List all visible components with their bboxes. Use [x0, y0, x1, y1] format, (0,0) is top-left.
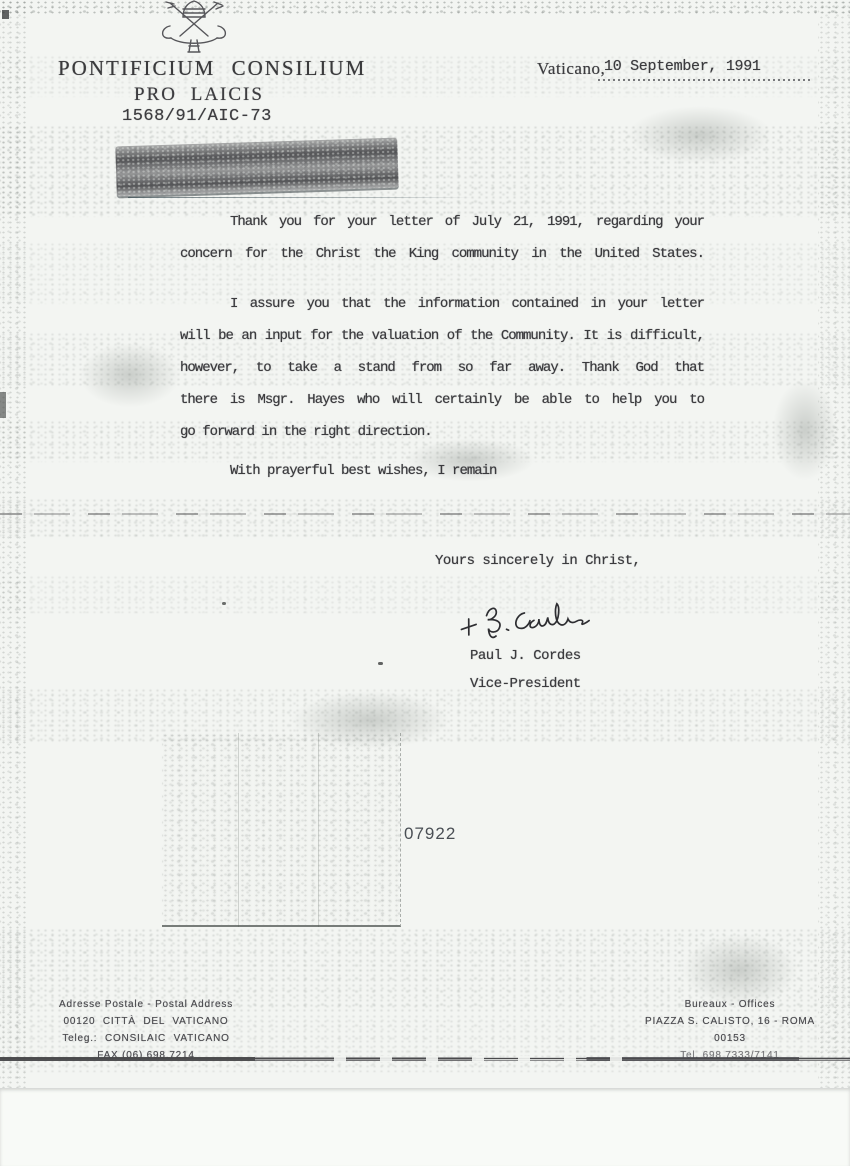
- stamp-noise-top: [162, 733, 400, 925]
- valediction: Yours sincerely in Christ,: [435, 553, 640, 569]
- scan-blotch: [600, 95, 800, 175]
- body-line: there is Msgr. Hayes who will certainly …: [180, 392, 704, 414]
- scan-blotch: [60, 330, 200, 420]
- scan-noise-band: [0, 688, 850, 744]
- footer-line: FAX (06) 698.7214: [38, 1047, 254, 1064]
- dateline-dotted-rule: [598, 79, 810, 81]
- scan-noise-band: [0, 0, 850, 14]
- footer-line: 00120 CITTÀ DEL VATICANO: [38, 1013, 254, 1030]
- stamp-number: 07922: [404, 824, 456, 844]
- scan-speck: [378, 662, 383, 665]
- body-line: go forward in the right direction.: [180, 424, 704, 446]
- body-line: concern for the Christ the King communit…: [180, 246, 704, 268]
- footer-offices-address: Bureaux - Offices PIAZZA S. CALISTO, 16 …: [625, 996, 835, 1064]
- organization-name: PONTIFICIUM CONSILIUM: [58, 56, 366, 81]
- body-line: Thank you for your letter of July 21, 19…: [180, 214, 704, 236]
- footer-line: Tel. 698 7333/7141: [625, 1047, 835, 1064]
- footer-rule-gaps: [300, 1056, 630, 1062]
- vatican-tiara-crossed-keys-emblem: [150, 0, 238, 54]
- scan-noise-band: [0, 0, 26, 1090]
- department-name: PRO LAICIS: [134, 84, 264, 106]
- scan-noise-band: [0, 498, 850, 538]
- scan-blotch: [760, 360, 850, 500]
- dateline-date: 10 September, 1991: [604, 58, 761, 75]
- faded-stamp-box: [162, 733, 401, 927]
- scan-speck: [0, 392, 6, 418]
- handwritten-signature: [453, 592, 596, 650]
- reference-number: 1568/91/AIC-73: [122, 107, 272, 126]
- scanned-letter-page: PONTIFICIUM CONSILIUM PRO LAICIS 1568/91…: [0, 0, 850, 1166]
- scan-speck: [222, 602, 226, 605]
- footer-line: PIAZZA S. CALISTO, 16 - ROMA: [625, 1013, 835, 1030]
- scanner-bed-strip: [0, 1088, 850, 1166]
- paper-crease-line: [0, 513, 850, 515]
- body-line: will be an input for the valuation of th…: [180, 328, 704, 350]
- body-line: however, to take a stand from so far awa…: [180, 360, 704, 382]
- dateline-place: Vaticano,: [537, 59, 605, 79]
- scan-noise-band: [0, 575, 850, 613]
- footer-line: Teleg.: CONSILAIC VATICANO: [38, 1030, 254, 1047]
- redaction-edge-line: [128, 197, 473, 198]
- stamp-noise: [162, 733, 400, 925]
- redacted-addressee-bar: [115, 138, 398, 197]
- scan-speck: [2, 10, 9, 19]
- signatory-title: Vice-President: [470, 676, 581, 692]
- footer-line: Adresse Postale - Postal Address: [38, 996, 254, 1013]
- signatory-name: Paul J. Cordes: [470, 648, 581, 664]
- footer-line: 00153: [625, 1030, 835, 1047]
- footer-line: Bureaux - Offices: [625, 996, 835, 1013]
- body-line: I assure you that the information contai…: [180, 296, 704, 318]
- body-line: With prayerful best wishes, I remain: [180, 463, 754, 485]
- footer-postal-address: Adresse Postale - Postal Address 00120 C…: [38, 996, 254, 1064]
- scan-noise-band: [818, 0, 850, 1090]
